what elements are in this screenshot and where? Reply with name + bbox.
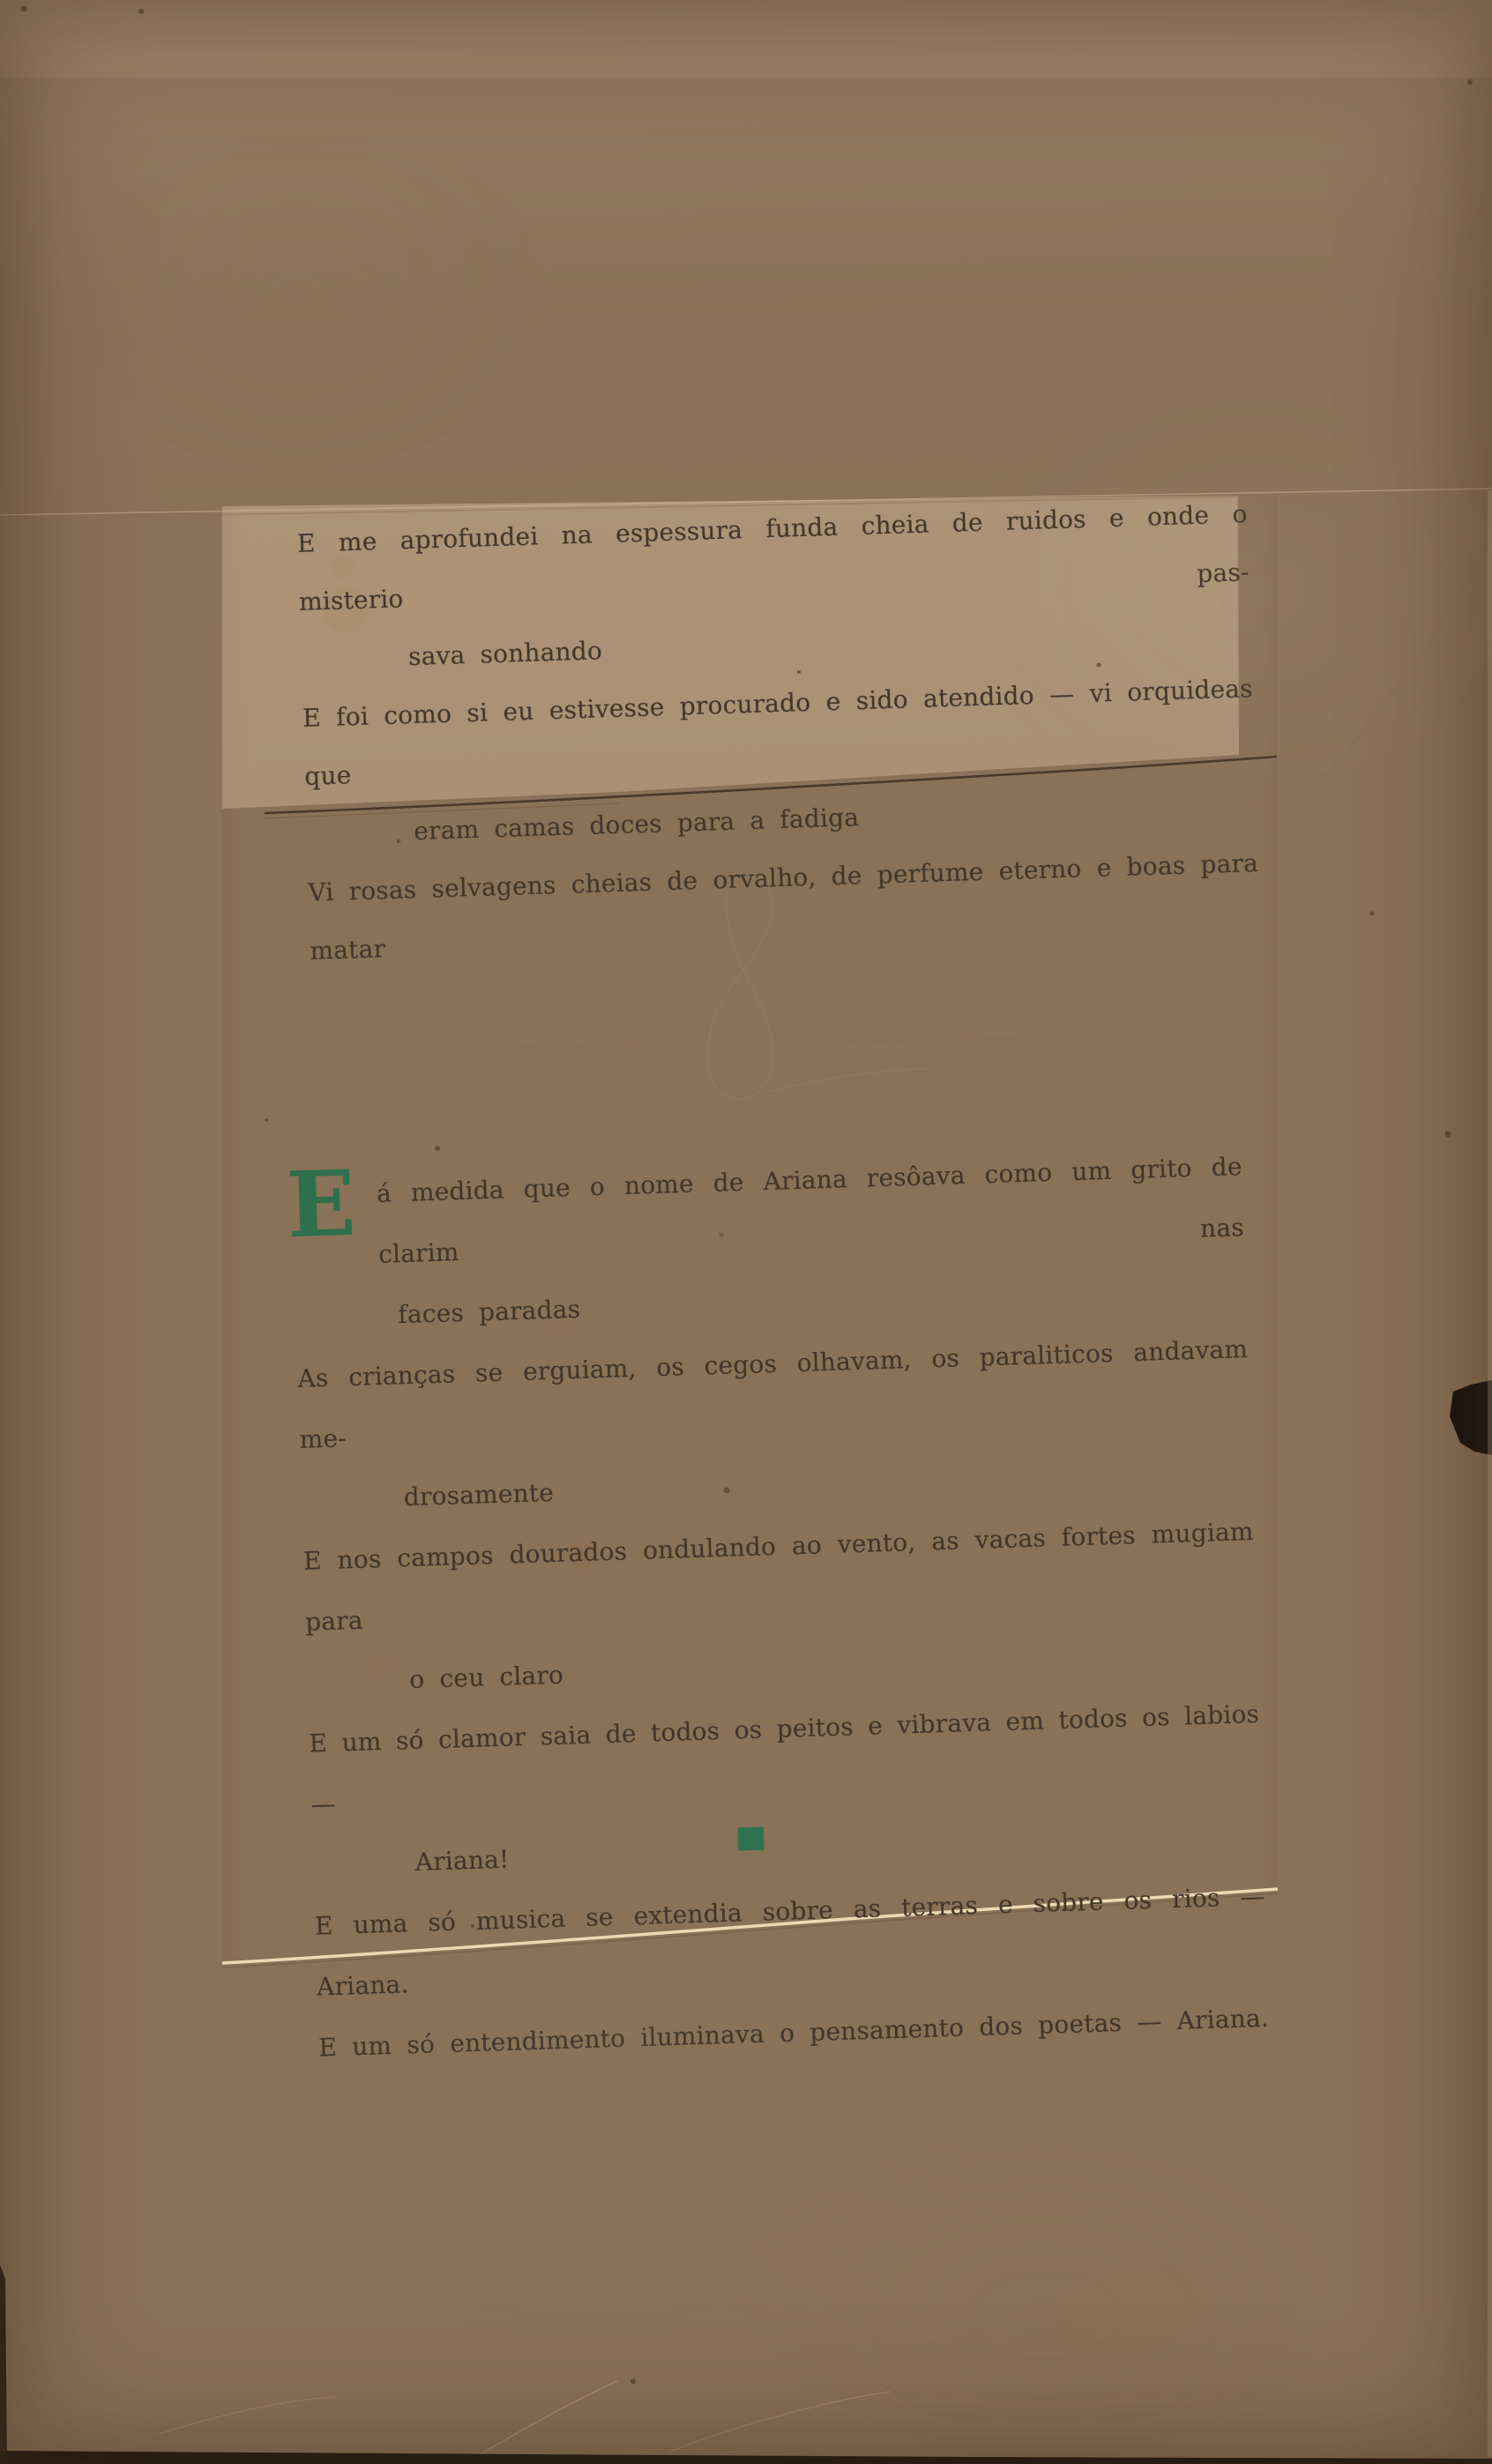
green-square-ornament [738, 1827, 765, 1851]
scanned-page: E me aprofundei na espessura funda cheia… [0, 0, 1492, 2464]
verse-block-main: E á medida que o nome de Ariana resôava … [291, 1136, 1270, 2078]
right-diagonal-crease [1276, 536, 1492, 825]
bottom-wrinkle [670, 2392, 891, 2452]
drop-cap-initial: E [286, 1166, 356, 1243]
bottom-scan-edge [0, 2451, 1492, 2464]
stain [1038, 2251, 1220, 2369]
right-edge-light-strip [1488, 490, 1492, 2457]
verse-block-top: E me aprofundei na espessura funda cheia… [296, 485, 1261, 981]
backing-paper-top [0, 0, 1492, 520]
bottom-wrinkle [476, 2381, 617, 2457]
left-scan-edge [0, 2265, 7, 2464]
torn-black-patch [1450, 1380, 1492, 1455]
bottom-wrinkle [159, 2397, 335, 2434]
